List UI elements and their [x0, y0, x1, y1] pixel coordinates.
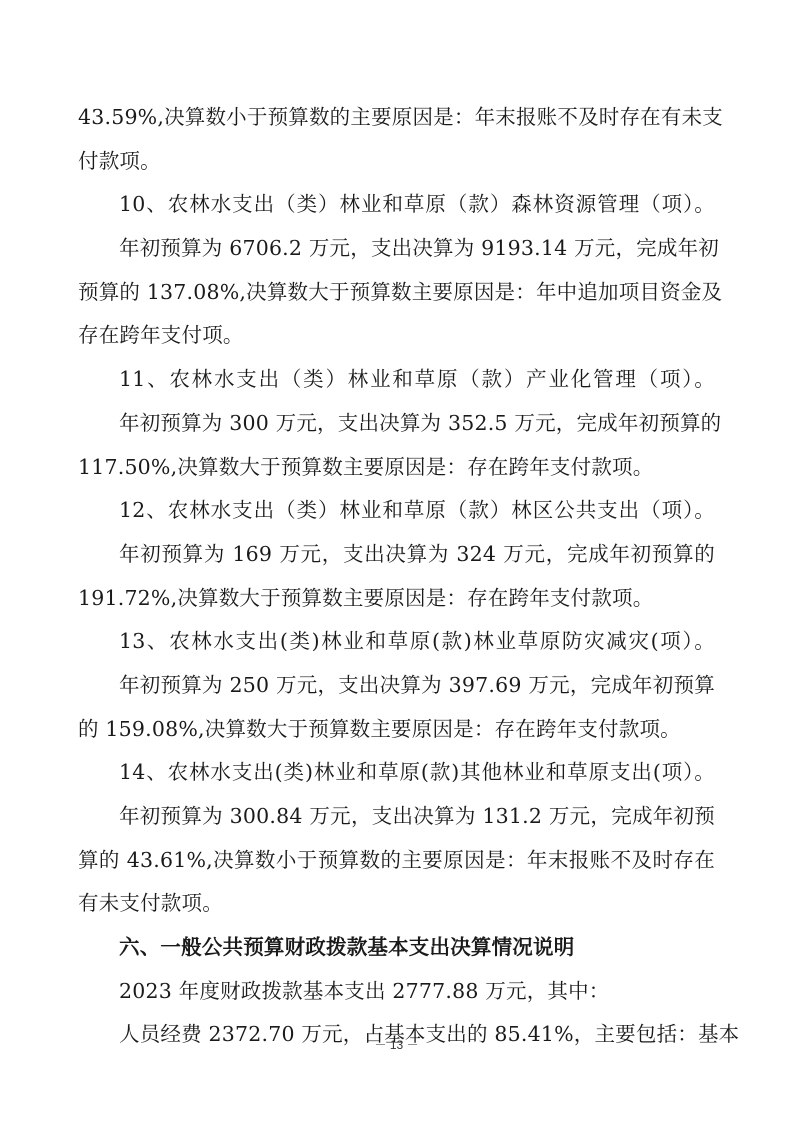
- body-line-1: 43.59%,决算数小于预算数的主要原因是：年末报账不及时存在有未支: [78, 96, 715, 140]
- item-11-body-1: 年初预算为 300 万元，支出决算为 352.5 万元，完成年初预算的: [78, 402, 715, 446]
- item-14-body-3: 有未支付款项。: [78, 882, 715, 926]
- body-line-2: 付款项。: [78, 140, 715, 184]
- item-11-body-2: 117.50%,决算数大于预算数主要原因是：存在跨年支付款项。: [78, 446, 715, 490]
- page-number: － 13 －: [0, 1036, 793, 1053]
- item-13-body-1: 年初预算为 250 万元，支出决算为 397.69 万元，完成年初预算: [78, 664, 715, 708]
- item-12-body-1: 年初预算为 169 万元，支出决算为 324 万元，完成年初预算的: [78, 533, 715, 577]
- document-page: 43.59%,决算数小于预算数的主要原因是：年末报账不及时存在有未支 付款项。 …: [78, 96, 715, 1057]
- item-12-title: 12、农林水支出（类）林业和草原（款）林区公共支出（项）。: [78, 489, 715, 533]
- item-12-body-2: 191.72%,决算数大于预算数主要原因是：存在跨年支付款项。: [78, 577, 715, 621]
- item-13-title: 13、农林水支出(类)林业和草原(款)林业草原防灾减灾(项）。: [78, 620, 715, 664]
- item-14-body-1: 年初预算为 300.84 万元，支出决算为 131.2 万元，完成年初预: [78, 795, 715, 839]
- item-14-title: 14、农林水支出(类)林业和草原(款)其他林业和草原支出(项）。: [78, 751, 715, 795]
- item-13-body-2: 的 159.08%,决算数大于预算数主要原因是：存在跨年支付款项。: [78, 708, 715, 752]
- item-11-title: 11、农林水支出（类）林业和草原（款）产业化管理（项）。: [78, 358, 715, 402]
- item-10-body-1: 年初预算为 6706.2 万元，支出决算为 9193.14 万元，完成年初: [78, 227, 715, 271]
- section-six-body-1: 2023 年度财政拨款基本支出 2777.88 万元，其中：: [78, 970, 715, 1014]
- section-six-heading: 六、一般公共预算财政拨款基本支出决算情况说明: [78, 926, 715, 970]
- item-10-body-2: 预算的 137.08%,决算数大于预算数主要原因是：年中追加项目资金及: [78, 271, 715, 315]
- item-14-body-2: 算的 43.61%,决算数小于预算数的主要原因是：年末报账不及时存在: [78, 839, 715, 883]
- item-10-title: 10、农林水支出（类）林业和草原（款）森林资源管理（项）。: [78, 183, 715, 227]
- item-10-body-3: 存在跨年支付项。: [78, 314, 715, 358]
